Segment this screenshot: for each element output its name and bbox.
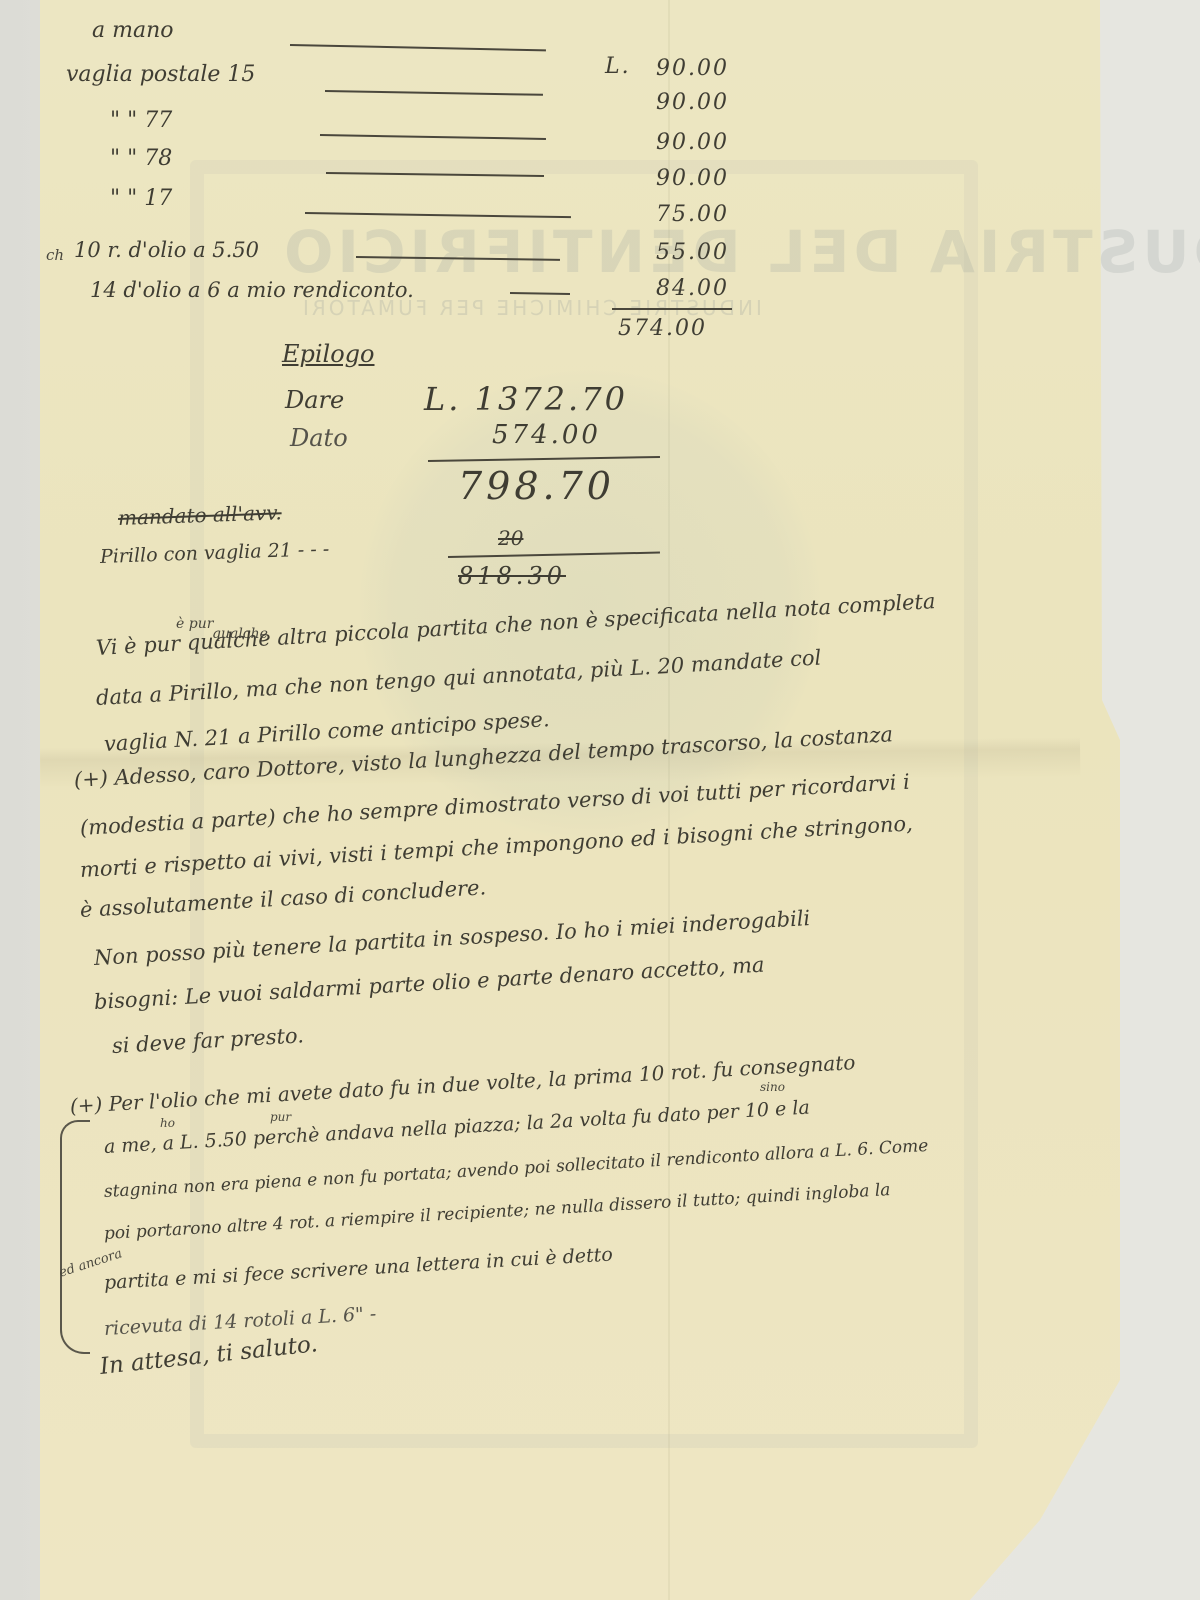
ledger-row-amount: 90.00 <box>656 56 729 81</box>
difference-amount: 798.70 <box>458 464 615 508</box>
ledger-row-amount: 90.00 <box>656 90 729 115</box>
ledger-total-rule <box>612 308 732 310</box>
insertion: ho <box>160 1116 175 1130</box>
ledger-row-label: " " 77 <box>110 108 172 133</box>
ledger-row-label: vaglia postale 15 <box>66 62 255 87</box>
margin-bracket <box>60 1120 90 1354</box>
insertion: sino <box>760 1080 785 1094</box>
ledger-row-label: 10 r. d'olio a 5.50 <box>74 238 259 262</box>
ledger-row-amount: 84.00 <box>656 276 729 301</box>
added-amount: 20 <box>498 526 523 550</box>
ledger-row-amount: 90.00 <box>656 166 729 191</box>
ledger-row-amount: 75.00 <box>656 202 729 227</box>
dato-label: Dato <box>290 424 348 452</box>
dare-label: Dare <box>285 386 344 414</box>
insertion: pur <box>270 1110 291 1124</box>
dato-amount: 574.00 <box>492 420 601 450</box>
struck-result: 818.30 <box>458 562 566 590</box>
ledger-bracket-note: ch <box>46 246 64 264</box>
epilogo-heading: Epilogo <box>282 340 375 368</box>
ledger-total: 574.00 <box>618 316 707 341</box>
ledger-row-label: " " 17 <box>110 186 172 211</box>
ledger-row-label: " " 78 <box>110 146 172 171</box>
show-through-title: L'INDUSTRIA DEL DENTIFRICIO <box>280 218 1200 286</box>
ledger-currency: L. <box>605 54 631 79</box>
ledger-row-amount: 55.00 <box>656 240 729 265</box>
ledger-row-label: 14 d'olio a 6 a mio rendiconto. <box>90 278 414 302</box>
dare-amount: L. 1372.70 <box>424 380 628 418</box>
ledger-row-label: a mano <box>92 18 174 43</box>
ledger-row-amount: 90.00 <box>656 130 729 155</box>
